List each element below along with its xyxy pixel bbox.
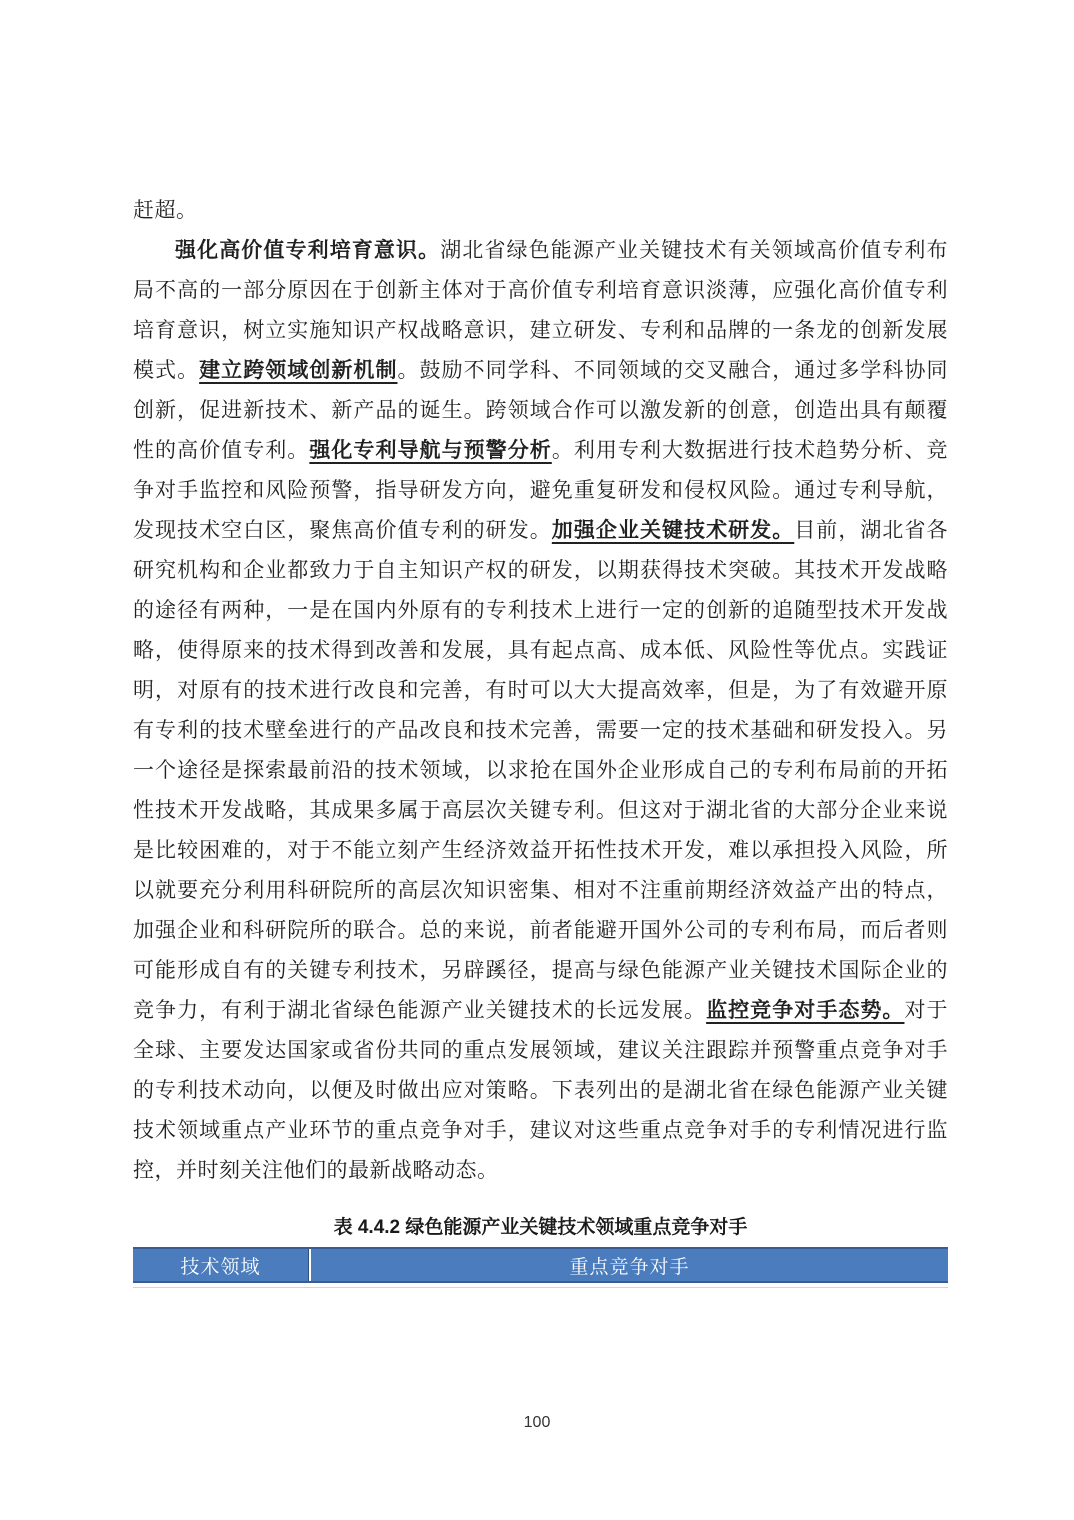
document-page: 赶超。 强化高价值专利培育意识。湖北省绿色能源产业关键技术有关领域高价值专利布局… xyxy=(0,0,1074,1520)
table-caption: 表 4.4.2 绿色能源产业关键技术领域重点竞争对手 xyxy=(133,1213,948,1243)
competitors-table-header-row: 技术领域 重点竞争对手 xyxy=(133,1247,948,1283)
text-run: 建立跨领域创新机制 xyxy=(199,358,397,382)
table-row-boundary-line xyxy=(133,1287,948,1288)
table-header-cell-tech-field: 技术领域 xyxy=(133,1252,308,1279)
page-number: 100 xyxy=(0,1414,1074,1432)
text-run: 对于全球、主要发达国家或省份共同的重点发展领域，建议关注跟踪并预警重点竞争对手的… xyxy=(133,998,948,1182)
text-run: 目前，湖北省各研究机构和企业都致力于自主知识产权的研发，以期获得技术突破。其技术… xyxy=(133,518,948,1022)
paragraph-main: 强化高价值专利培育意识。湖北省绿色能源产业关键技术有关领域高价值专利布局不高的一… xyxy=(133,230,948,1190)
paragraph-lead: 赶超。 xyxy=(133,190,948,230)
text-run: 强化高价值专利培育意识。 xyxy=(175,238,440,262)
competitors-table: 技术领域 重点竞争对手 xyxy=(133,1247,948,1288)
table-header-cell-competitors: 重点竞争对手 xyxy=(311,1252,948,1279)
text-run: 监控竞争对手态势。 xyxy=(706,998,904,1022)
text-run: 强化专利导航与预警分析 xyxy=(309,438,551,462)
text-run: 加强企业关键技术研发。 xyxy=(552,518,794,542)
